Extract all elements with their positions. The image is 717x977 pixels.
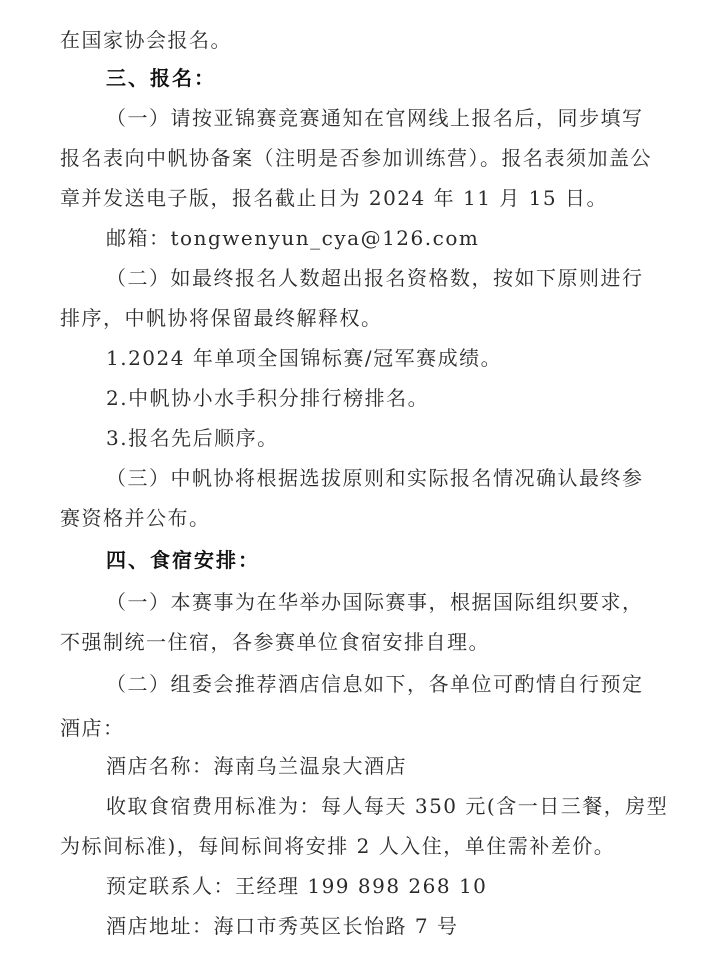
fee-line: 收取食宿费用标准为：每人每天 350 元(含一日三餐，房型 [106,794,668,818]
list-item: 1.2024 年单项全国锦标赛/冠军赛成绩。 [106,346,502,370]
paragraph-line: （一）请按亚锦赛竞赛通知在官网线上报名后，同步填写 [106,106,644,130]
email-line: 邮箱：tongwenyun_cya@126.com [106,226,479,250]
paragraph-line: 报名表向中帆协备案（注明是否参加训练营）。报名表须加盖公 [60,146,652,170]
paragraph-line: （三）中帆协将根据选拔原则和实际报名情况确认最终参 [106,466,644,490]
fee-line: 为标间标准)，每间标间将安排 2 人入住，单住需补差价。 [60,834,615,858]
paragraph-line: 不强制统一住宿，各参赛单位食宿安排自理。 [60,630,490,654]
document-page: 在国家协会报名。 三、报名： （一）请按亚锦赛竞赛通知在官网线上报名后，同步填写… [0,0,717,977]
paragraph-line: （二）组委会推荐酒店信息如下，各单位可酌情自行预定 [106,672,644,696]
paragraph-line: 排序，中帆协将保留最终解释权。 [60,306,383,330]
address-line: 酒店地址：海口市秀英区长怡路 7 号 [106,914,458,938]
paragraph-line: （二）如最终报名人数超出报名资格数，按如下原则进行 [106,266,644,290]
paragraph-line: 赛资格并公布。 [60,506,211,530]
list-item: 3.报名先后顺序。 [106,426,279,450]
hotel-name-line: 酒店名称：海南乌兰温泉大酒店 [106,754,407,778]
paragraph-line: 酒店： [60,716,125,740]
text-line: 在国家协会报名。 [60,28,232,52]
section-heading-registration: 三、报名： [106,66,216,90]
section-heading-accommodation: 四、食宿安排： [106,548,260,572]
list-item: 2.中帆协小水手积分排行榜排名。 [106,386,429,410]
paragraph-line: 章并发送电子版，报名截止日为 2024 年 11 月 15 日。 [60,186,608,210]
paragraph-line: （一）本赛事为在华举办国际赛事，根据国际组织要求， [106,590,644,614]
contact-line: 预定联系人：王经理 199 898 268 10 [106,874,487,898]
